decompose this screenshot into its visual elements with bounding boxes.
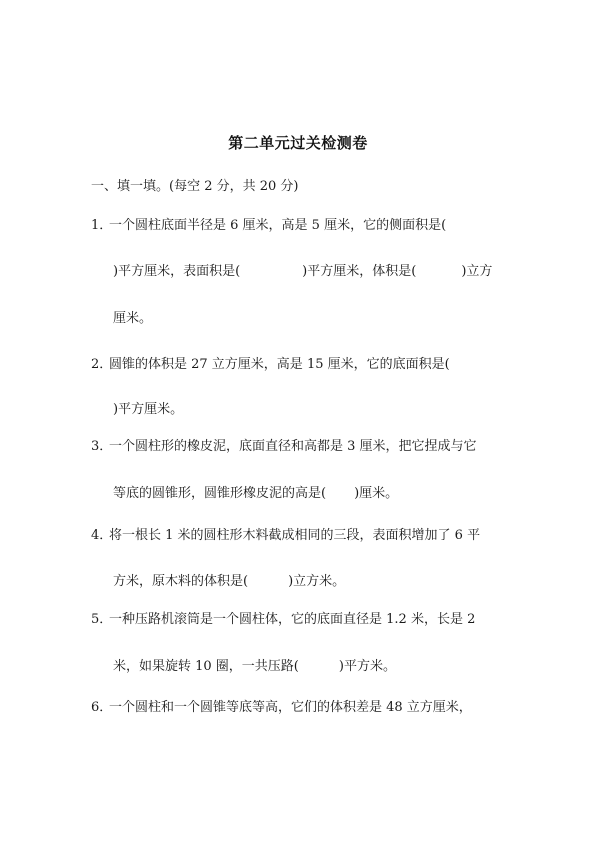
question-4-line-1: 4．将一根长 1 米的圆柱形木料截成相同的三段，表面积增加了 6 平 — [91, 528, 480, 544]
question-text: 一个圆柱和一个圆锥等底等高，它们的体积差是 48 立方厘米， — [109, 700, 472, 715]
question-text: )厘米。 — [354, 486, 398, 501]
question-number: 5． — [91, 612, 109, 628]
question-text: 一个圆柱形的橡皮泥，底面直径和高都是 3 厘米，把它捏成与它 — [109, 439, 477, 454]
question-text: )立方 — [461, 264, 492, 279]
question-text: 一种压路机滚筒是一个圆柱体，它的底面直径是 1.2 米，长是 2 — [109, 612, 475, 627]
question-text: )平方厘米，表面积是( — [113, 264, 240, 279]
question-text: 方米，原木料的体积是( — [113, 574, 248, 589]
question-text: 等底的圆锥形，圆锥形橡皮泥的高是( — [113, 486, 326, 501]
question-1-line-2: )平方厘米，表面积是()平方厘米，体积是()立方 — [113, 264, 492, 280]
question-5-line-1: 5．一种压路机滚筒是一个圆柱体，它的底面直径是 1.2 米，长是 2 — [91, 612, 475, 628]
question-text: )立方米。 — [288, 574, 345, 589]
question-text: 一个圆柱底面半径是 6 厘米，高是 5 厘米，它的侧面积是( — [109, 218, 446, 233]
question-2-line-2: )平方厘米。 — [113, 402, 183, 418]
document-page: 第二单元过关检测卷 一、填一填。(每空 2 分，共 20 分) 1．一个圆柱底面… — [0, 0, 596, 842]
question-number: 1． — [91, 218, 109, 234]
question-5-line-2: 米，如果旋转 10 圈，一共压路()平方米。 — [113, 659, 396, 675]
section-heading: 一、填一填。(每空 2 分，共 20 分) — [91, 179, 299, 195]
question-text: )平方厘米，体积是( — [302, 264, 416, 279]
question-4-line-2: 方米，原木料的体积是()立方米。 — [113, 574, 345, 590]
question-text: 圆锥的体积是 27 立方厘米，高是 15 厘米，它的底面积是( — [109, 357, 450, 372]
question-3-line-2: 等底的圆锥形，圆锥形橡皮泥的高是()厘米。 — [113, 486, 398, 502]
question-2-line-1: 2．圆锥的体积是 27 立方厘米，高是 15 厘米，它的底面积是( — [91, 357, 450, 373]
page-title: 第二单元过关检测卷 — [0, 132, 596, 153]
question-number: 3． — [91, 439, 109, 455]
question-text: 将一根长 1 米的圆柱形木料截成相同的三段，表面积增加了 6 平 — [109, 528, 480, 543]
question-number: 4． — [91, 528, 109, 544]
question-6-line-1: 6．一个圆柱和一个圆锥等底等高，它们的体积差是 48 立方厘米， — [91, 700, 472, 716]
question-text: 米，如果旋转 10 圈，一共压路( — [113, 659, 299, 674]
question-number: 2． — [91, 357, 109, 373]
question-1-line-1: 1．一个圆柱底面半径是 6 厘米，高是 5 厘米，它的侧面积是( — [91, 218, 446, 234]
question-3-line-1: 3．一个圆柱形的橡皮泥，底面直径和高都是 3 厘米，把它捏成与它 — [91, 439, 477, 455]
question-number: 6． — [91, 700, 109, 716]
question-text: )平方米。 — [339, 659, 396, 674]
question-1-line-3: 厘米。 — [113, 311, 152, 327]
